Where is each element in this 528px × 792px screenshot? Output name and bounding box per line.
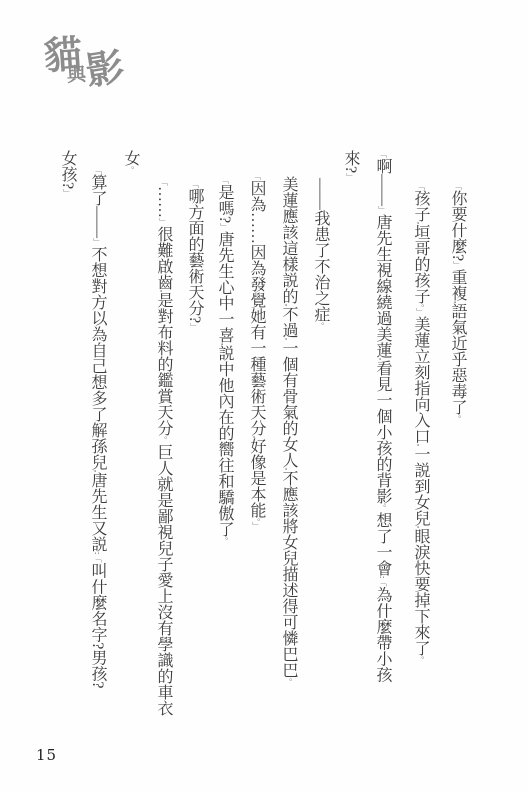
text-column: ——我患了不治之症。	[305, 178, 335, 330]
text-column: 「啊——」唐先生視線繞過美蓮,看見一個小孩的背影。想了一會:「為什麼帶小孩	[367, 150, 397, 682]
page-number: 15	[36, 746, 57, 764]
text-column: 來?」	[335, 150, 365, 181]
book-page: 貓 與 影 「你要什麼?」重複,語氣近乎惡毒了。 「孩子,垣哥的孩子。」美蓮立刻…	[0, 0, 528, 792]
logo-char-with: 與	[67, 66, 87, 86]
text-column: 美蓮應該這樣説的,不過,一個有骨氣的女人,不應該將女兒描述得可憐巴巴。	[273, 176, 303, 686]
text-column: 「孩子,垣哥的孩子。」美蓮立刻指向入口,一説到女兒,眼淚快要掉下來了。	[405, 182, 435, 664]
text-column: 女孩?」	[52, 150, 82, 197]
text-column: 「你要什麼?」重複,語氣近乎惡毒了。	[442, 182, 472, 423]
logo-char-shadow: 影	[83, 47, 126, 90]
text-column: 「因為……因為發覺她有一種藝術天分,好像是本能。」	[241, 172, 271, 530]
text-column: 「算了——」不想對方以為自己想多了解孫兒,唐先生又説:「叫什麼名字?男孩?	[82, 166, 112, 688]
text-column: 「是嗎?」唐先生心中一喜,説中他內在的嚮往和驕傲了。	[209, 176, 239, 545]
text-column: 「……」很難啟齒,是對布料的鑑賞天分。巨人就是鄙視兒子愛上沒有學識的車衣	[148, 178, 178, 716]
text-column: 女。	[115, 150, 145, 174]
text-column: 「哪方面的藝術天分?」	[179, 180, 209, 331]
